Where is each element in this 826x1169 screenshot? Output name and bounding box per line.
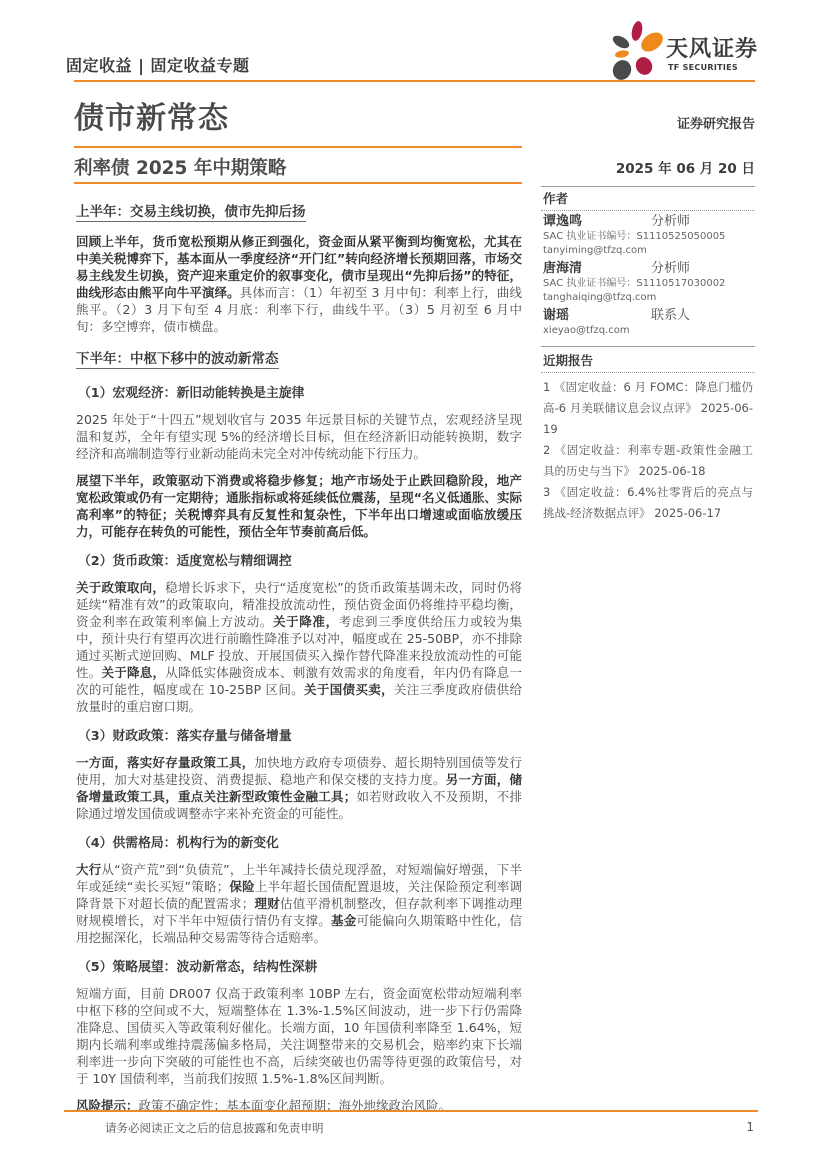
logo-text-en: TF SECURITIES — [668, 63, 738, 72]
recent-report-item[interactable]: 2 《固定收益：利率专题-政策性金融工具的历史与当下》 2025-06-18 — [543, 440, 753, 482]
funds-label: 基金 — [331, 913, 357, 928]
main-content: 上半年：交易主线切换，债市先抑后扬 回顾上半年，货币宽松预期从修正到强化，资金面… — [76, 200, 522, 1124]
rate-cut-label: 关于降息， — [102, 665, 166, 680]
subsection-heading-strategy: （5）策略展望：波动新常态，结构性深耕 — [78, 956, 522, 975]
subsection-heading-supply-demand: （4）供需格局：机构行为的新变化 — [78, 832, 522, 851]
author-name: 唐海清 — [543, 261, 651, 277]
section-heading-second-half: 下半年：中枢下移中的波动新常态 — [76, 347, 279, 369]
subsection-heading-monetary: （2）货币政策：适度宽松与精细调控 — [78, 550, 522, 569]
author-role: 联系人 — [651, 308, 690, 324]
author-name: 谭逸鸣 — [543, 214, 651, 230]
page-title: 债市新常态 — [74, 93, 229, 137]
big-banks-label: 大行 — [76, 862, 101, 877]
authors-panel: 作者 谭逸鸣 分析师 SAC 执业证书编号：S1110525050005 tan… — [541, 186, 755, 338]
strategy-paragraph: 短端方面，目前 DR007 仅高于政策利率 10BP 左右，资金面宽松带动短端利… — [76, 985, 522, 1087]
author-role: 分析师 — [651, 214, 690, 230]
recent-report-item[interactable]: 3 《固定收益：6.4%社零背后的亮点与挑战-经济数据点评》 2025-06-1… — [543, 482, 753, 524]
rrr-cut-label: 关于降准， — [273, 614, 339, 629]
subsection-heading-macro: （1）宏观经济：新旧动能转换是主旋律 — [78, 382, 522, 401]
bond-trading-label: 关于国债买卖， — [304, 682, 394, 697]
report-category: 固定收益 | 固定收益专题 — [66, 53, 250, 76]
recent-reports-panel: 近期报告 1 《固定收益：6 月 FOMC：降息门槛仍高-6 月美联储议息会议点… — [541, 346, 755, 524]
recent-report-item[interactable]: 1 《固定收益：6 月 FOMC：降息门槛仍高-6 月美联储议息会议点评》 20… — [543, 377, 753, 440]
author-entry: 谭逸鸣 分析师 SAC 执业证书编号：S1110525050005 tanyim… — [541, 211, 755, 258]
subtitle-divider — [74, 182, 522, 184]
macro-paragraph-2: 展望下半年，政策驱动下消费或将稳步修复；地产市场处于止跌回稳阶段，地产宽松政策或… — [76, 472, 522, 540]
author-sac-number: SAC 执业证书编号：S1110525050005 — [543, 230, 753, 244]
authors-heading: 作者 — [541, 187, 755, 210]
author-sac-number: SAC 执业证书编号：S1110517030002 — [543, 277, 753, 291]
macro-outlook-bold: 展望下半年，政策驱动下消费或将稳步修复；地产市场处于止跌回稳阶段，地产宽松政策或… — [76, 473, 522, 539]
footer-disclaimer: 请务必阅读正文之后的信息披露和免责申明 — [105, 1120, 324, 1136]
report-date: 2025 年 06 月 20 日 — [616, 157, 755, 177]
page-subtitle: 利率债 2025 年中期策略 — [74, 154, 286, 180]
policy-stance-label: 关于政策取向， — [76, 580, 165, 595]
author-name: 谢瑶 — [543, 308, 651, 324]
header-divider — [74, 80, 755, 82]
author-role: 分析师 — [651, 261, 690, 277]
logo-text-cn: 天风证券 — [666, 32, 758, 63]
subsection-heading-fiscal: （3）财政政策：落实存量与储备增量 — [78, 725, 522, 744]
macro-paragraph-1: 2025 年处于“十四五”规划收官与 2035 年远景目标的关键节点，宏观经济呈… — [76, 411, 522, 462]
supply-demand-paragraph: 大行从“资产荒”到“负债荒”，上半年减持长债兑现浮盈，对短端偏好增强，下半年或延… — [76, 861, 522, 946]
monetary-paragraph: 关于政策取向，稳增长诉求下，央行“适度宽松”的货币政策基调未改，同时仍将延续“精… — [76, 579, 522, 715]
title-divider — [74, 146, 522, 148]
footer-divider — [64, 1110, 758, 1112]
petal-logo-icon — [610, 20, 666, 82]
page-number: 1 — [746, 1120, 754, 1134]
author-email[interactable]: xieyao@tfzq.com — [543, 324, 753, 338]
fiscal-paragraph: 一方面，落实好存量政策工具，加快地方政府专项债券、超长期特别国债等发行使用，加大… — [76, 754, 522, 822]
fiscal-existing-label: 一方面，落实好存量政策工具， — [76, 755, 255, 770]
report-type: 证券研究报告 — [677, 113, 755, 132]
insurance-label: 保险 — [229, 879, 255, 894]
author-entry: 唐海清 分析师 SAC 执业证书编号：S1110517030002 tangha… — [541, 258, 755, 305]
author-email[interactable]: tanghaiqing@tfzq.com — [543, 291, 753, 305]
company-logo: 天风证券 TF SECURITIES — [610, 20, 770, 80]
wealth-mgmt-label: 理财 — [254, 896, 280, 911]
author-entry: 谢瑶 联系人 xieyao@tfzq.com — [541, 305, 755, 338]
recent-reports-heading: 近期报告 — [541, 347, 755, 372]
author-email[interactable]: tanyiming@tfzq.com — [543, 244, 753, 258]
recent-reports-list: 1 《固定收益：6 月 FOMC：降息门槛仍高-6 月美联储议息会议点评》 20… — [541, 373, 755, 524]
section-heading-first-half: 上半年：交易主线切换，债市先抑后扬 — [76, 200, 306, 222]
first-half-summary: 回顾上半年，货币宽松预期从修正到强化，资金面从紧平衡到均衡宽松，尤其在中美关税博… — [76, 233, 522, 335]
